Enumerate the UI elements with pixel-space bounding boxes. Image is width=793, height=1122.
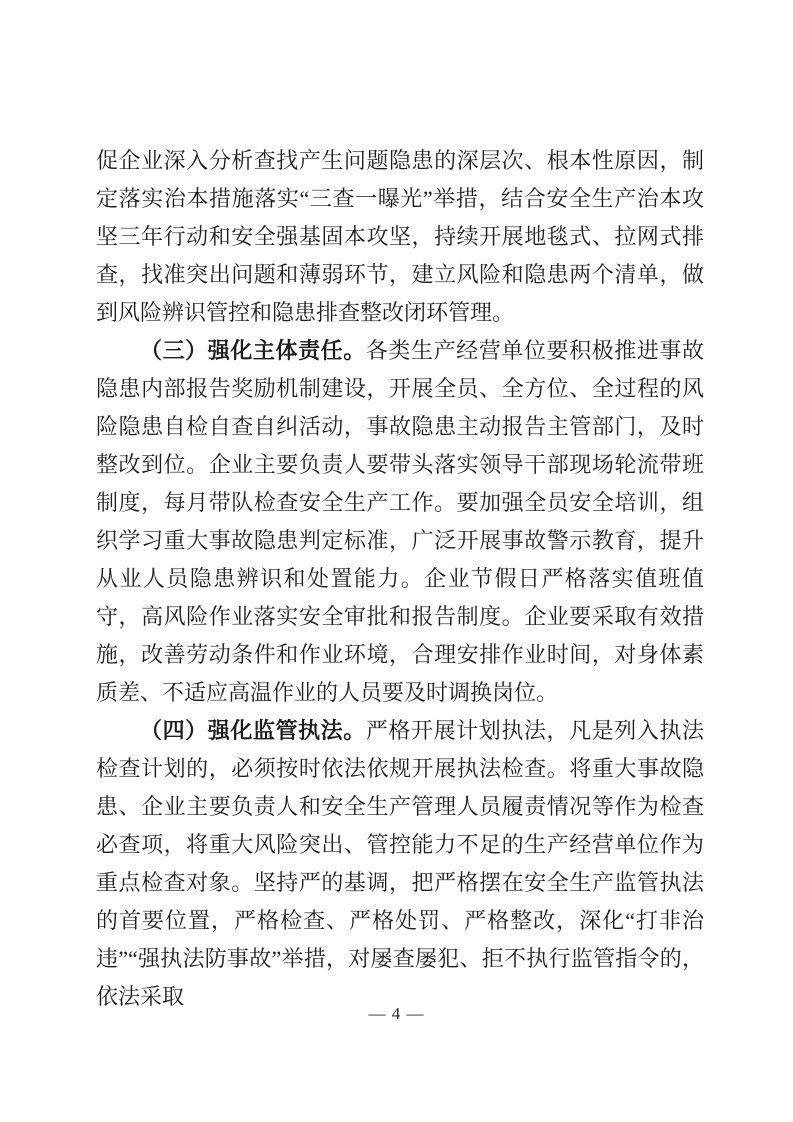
page-number: — 4 — [0, 1003, 793, 1025]
body-paragraph-item-3: （三）强化主体责任。各类生产经营单位要积极推进事故隐患内部报告奖励机制建设，开展… [96, 332, 704, 712]
paragraph-text: 各类生产经营单位要积极推进事故隐患内部报告奖励机制建设，开展全员、全方位、全过程… [96, 338, 704, 705]
paragraph-text: 严格开展计划执法，凡是列入执法检查计划的，必须按时依法依规开展执法检查。将重大事… [96, 718, 704, 1009]
paragraph-text: 促企业深入分析查找产生问题隐患的深层次、根本性原因，制定落实治本措施落实“三查一… [96, 148, 704, 325]
paragraph-lead: （三）强化主体责任。 [140, 338, 366, 363]
body-paragraph-item-4: （四）强化监管执法。严格开展计划执法，凡是列入执法检查计划的，必须按时依法依规开… [96, 712, 704, 1016]
document-page: 促企业深入分析查找产生问题隐患的深层次、根本性原因，制定落实治本措施落实“三查一… [0, 0, 793, 1122]
body-paragraph-continuation: 促企业深入分析查找产生问题隐患的深层次、根本性原因，制定落实治本措施落实“三查一… [96, 142, 704, 332]
paragraph-lead: （四）强化监管执法。 [140, 718, 366, 743]
document-body: 促企业深入分析查找产生问题隐患的深层次、根本性原因，制定落实治本措施落实“三查一… [96, 142, 704, 1016]
